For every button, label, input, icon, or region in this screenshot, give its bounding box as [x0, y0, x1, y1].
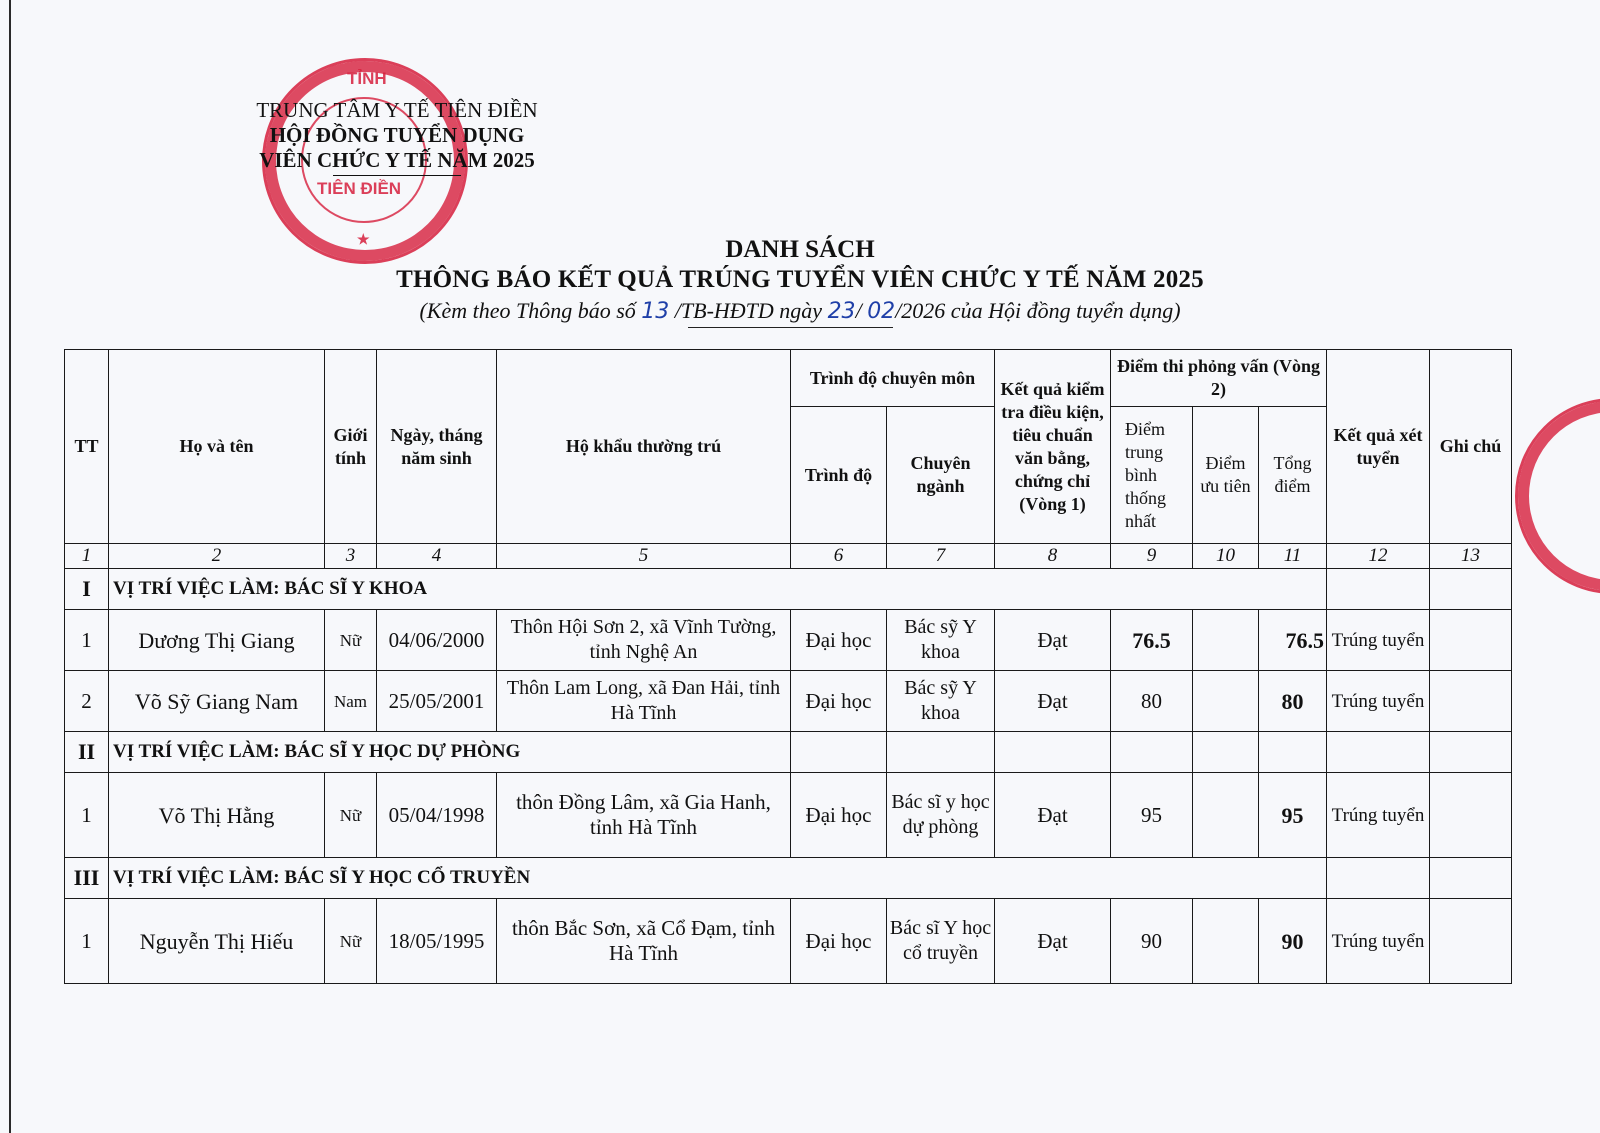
- col-header-total: Tổng điểm: [1259, 407, 1327, 544]
- cell-result: Trúng tuyển: [1327, 610, 1430, 671]
- col-header-dob: Ngày, tháng năm sinh: [377, 350, 497, 544]
- subtitle-mid1: /TB-HĐTD ngày: [669, 298, 827, 323]
- section-row: II VỊ TRÍ VIỆC LÀM: BÁC SĨ Y HỌC DỰ PHÒN…: [65, 732, 1512, 773]
- col-number: 11: [1259, 544, 1327, 569]
- section-label: VỊ TRÍ VIỆC LÀM: BÁC SĨ Y HỌC DỰ PHÒNG: [109, 732, 791, 773]
- col-header-gender: Giới tính: [325, 350, 377, 544]
- cell-total: 80: [1259, 671, 1327, 732]
- empty-cell: [1193, 732, 1259, 773]
- cell-major: Bác sỹ Y khoa: [887, 671, 995, 732]
- section-label: VỊ TRÍ VIỆC LÀM: BÁC SĨ Y HỌC CỔ TRUYỀN: [109, 858, 1327, 899]
- cell-total: 90: [1259, 899, 1327, 984]
- col-header-major: Chuyên ngành: [887, 407, 995, 544]
- col-number: 2: [109, 544, 325, 569]
- cell-avg: 90: [1111, 899, 1193, 984]
- col-number: 8: [995, 544, 1111, 569]
- council-subtitle: VIÊN CHỨC Y TẾ NĂM 2025: [232, 148, 562, 173]
- empty-cell: [1327, 732, 1430, 773]
- empty-cell: [1259, 732, 1327, 773]
- empty-cell: [1430, 732, 1512, 773]
- cell-round1: Đạt: [995, 899, 1111, 984]
- cell-round1: Đạt: [995, 773, 1111, 858]
- col-header-round2: Điểm thi phỏng vấn (Vòng 2): [1111, 350, 1327, 407]
- cell-avg: 76.5: [1111, 610, 1193, 671]
- cell-result: Trúng tuyển: [1327, 899, 1430, 984]
- col-header-tt: TT: [65, 350, 109, 544]
- cell-name: Dương Thị Giang: [109, 610, 325, 671]
- scan-edge-line: [9, 0, 11, 1133]
- table-row: 2 Võ Sỹ Giang Nam Nam 25/05/2001 Thôn La…: [65, 671, 1512, 732]
- side-stamp: [1515, 398, 1600, 594]
- cell-gender: Nữ: [325, 899, 377, 984]
- cell-gender: Nam: [325, 671, 377, 732]
- cell-dob: 05/04/1998: [377, 773, 497, 858]
- col-header-name: Họ và tên: [109, 350, 325, 544]
- subtitle-underline: [688, 327, 893, 328]
- col-header-priority: Điểm ưu tiên: [1193, 407, 1259, 544]
- cell-note: [1430, 899, 1512, 984]
- empty-cell: [1430, 569, 1512, 610]
- cell-name: Võ Sỹ Giang Nam: [109, 671, 325, 732]
- col-header-round1: Kết quả kiểm tra điều kiện, tiêu chuẩn v…: [995, 350, 1111, 544]
- cell-level: Đại học: [791, 899, 887, 984]
- cell-gender: Nữ: [325, 610, 377, 671]
- empty-cell: [791, 732, 887, 773]
- col-header-qualification: Trình độ chuyên môn: [791, 350, 995, 407]
- cell-level: Đại học: [791, 671, 887, 732]
- subtitle-suffix: /2026 của Hội đồng tuyển dụng): [895, 298, 1180, 323]
- document-heading: THÔNG BÁO KẾT QUẢ TRÚNG TUYỂN VIÊN CHỨC …: [0, 266, 1600, 294]
- cell-round1: Đạt: [995, 671, 1111, 732]
- cell-round1: Đạt: [995, 610, 1111, 671]
- cell-level: Đại học: [791, 773, 887, 858]
- cell-note: [1430, 773, 1512, 858]
- cell-priority: [1193, 773, 1259, 858]
- cell-address: thôn Bắc Sơn, xã Cổ Đạm, tỉnh Hà Tĩnh: [497, 899, 791, 984]
- col-number: 12: [1327, 544, 1430, 569]
- empty-cell: [1327, 858, 1430, 899]
- empty-cell: [1327, 569, 1430, 610]
- col-header-avg: Điểm trung bình thống nhất: [1111, 407, 1193, 544]
- empty-cell: [995, 732, 1111, 773]
- cell-name: Võ Thị Hằng: [109, 773, 325, 858]
- cell-dob: 18/05/1995: [377, 899, 497, 984]
- col-number: 1: [65, 544, 109, 569]
- col-number: 3: [325, 544, 377, 569]
- cell-major: Bác sỹ Y khoa: [887, 610, 995, 671]
- empty-cell: [1111, 732, 1193, 773]
- table-row: 1 Nguyễn Thị Hiếu Nữ 18/05/1995 thôn Bắc…: [65, 899, 1512, 984]
- section-number: III: [65, 858, 109, 899]
- cell-tt: 1: [65, 610, 109, 671]
- org-underline: [333, 175, 461, 176]
- document-title: DANH SÁCH: [0, 236, 1600, 264]
- col-header-address: Hộ khẩu thường trú: [497, 350, 791, 544]
- cell-result: Trúng tuyển: [1327, 773, 1430, 858]
- cell-note: [1430, 671, 1512, 732]
- cell-name: Nguyễn Thị Hiếu: [109, 899, 325, 984]
- col-number: 9: [1111, 544, 1193, 569]
- col-number: 4: [377, 544, 497, 569]
- cell-tt: 1: [65, 773, 109, 858]
- cell-tt: 2: [65, 671, 109, 732]
- organization-header: TRUNG TÂM Y TẾ TIÊN ĐIỀN HỘI ĐỒNG TUYỂN …: [232, 98, 562, 176]
- cell-avg: 95: [1111, 773, 1193, 858]
- section-number: I: [65, 569, 109, 610]
- col-number: 10: [1193, 544, 1259, 569]
- section-label: VỊ TRÍ VIỆC LÀM: BÁC SĨ Y KHOA: [109, 569, 1327, 610]
- cell-result: Trúng tuyển: [1327, 671, 1430, 732]
- cell-gender: Nữ: [325, 773, 377, 858]
- cell-dob: 25/05/2001: [377, 671, 497, 732]
- section-row: III VỊ TRÍ VIỆC LÀM: BÁC SĨ Y HỌC CỔ TRU…: [65, 858, 1512, 899]
- col-number: 6: [791, 544, 887, 569]
- cell-address: Thôn Lam Long, xã Đan Hải, tỉnh Hà Tĩnh: [497, 671, 791, 732]
- cell-priority: [1193, 899, 1259, 984]
- section-row: I VỊ TRÍ VIỆC LÀM: BÁC SĨ Y KHOA: [65, 569, 1512, 610]
- cell-level: Đại học: [791, 610, 887, 671]
- results-table: TT Họ và tên Giới tính Ngày, tháng năm s…: [64, 349, 1512, 984]
- notice-day: 23: [828, 299, 856, 324]
- column-number-row: 1 2 3 4 5 6 7 8 9 10 11 12 13: [65, 544, 1512, 569]
- cell-tt: 1: [65, 899, 109, 984]
- empty-cell: [887, 732, 995, 773]
- col-number: 13: [1430, 544, 1512, 569]
- subtitle-mid2: /: [856, 298, 868, 323]
- cell-avg: 80: [1111, 671, 1193, 732]
- cell-major: Bác sĩ y học dự phòng: [887, 773, 995, 858]
- section-number: II: [65, 732, 109, 773]
- document-subtitle: (Kèm theo Thông báo số 13 /TB-HĐTD ngày …: [0, 298, 1600, 324]
- table-row: 1 Dương Thị Giang Nữ 04/06/2000 Thôn Hội…: [65, 610, 1512, 671]
- stamp-text-top: TỈNH: [347, 69, 387, 89]
- col-header-level: Trình độ: [791, 407, 887, 544]
- col-header-note: Ghi chú: [1430, 350, 1512, 544]
- cell-major: Bác sĩ Y học cổ truyền: [887, 899, 995, 984]
- col-header-result: Kết quả xét tuyển: [1327, 350, 1430, 544]
- cell-address: thôn Đồng Lâm, xã Gia Hanh, tỉnh Hà Tĩnh: [497, 773, 791, 858]
- cell-address: Thôn Hội Sơn 2, xã Vĩnh Tường, tỉnh Nghệ…: [497, 610, 791, 671]
- org-name: TRUNG TÂM Y TẾ TIÊN ĐIỀN: [232, 98, 562, 123]
- col-number: 7: [887, 544, 995, 569]
- table-row: 1 Võ Thị Hằng Nữ 05/04/1998 thôn Đồng Lâ…: [65, 773, 1512, 858]
- cell-total: 95: [1259, 773, 1327, 858]
- notice-number: 13: [641, 299, 669, 324]
- stamp-text-bottom: TIÊN ĐIỀN: [317, 179, 401, 199]
- subtitle-prefix: (Kèm theo Thông báo số: [419, 298, 641, 323]
- cell-priority: [1193, 610, 1259, 671]
- cell-dob: 04/06/2000: [377, 610, 497, 671]
- cell-total: 76.5: [1259, 610, 1327, 671]
- notice-month: 02: [867, 299, 895, 324]
- cell-priority: [1193, 671, 1259, 732]
- cell-note: [1430, 610, 1512, 671]
- col-number: 5: [497, 544, 791, 569]
- council-name: HỘI ĐỒNG TUYỂN DỤNG: [232, 123, 562, 148]
- empty-cell: [1430, 858, 1512, 899]
